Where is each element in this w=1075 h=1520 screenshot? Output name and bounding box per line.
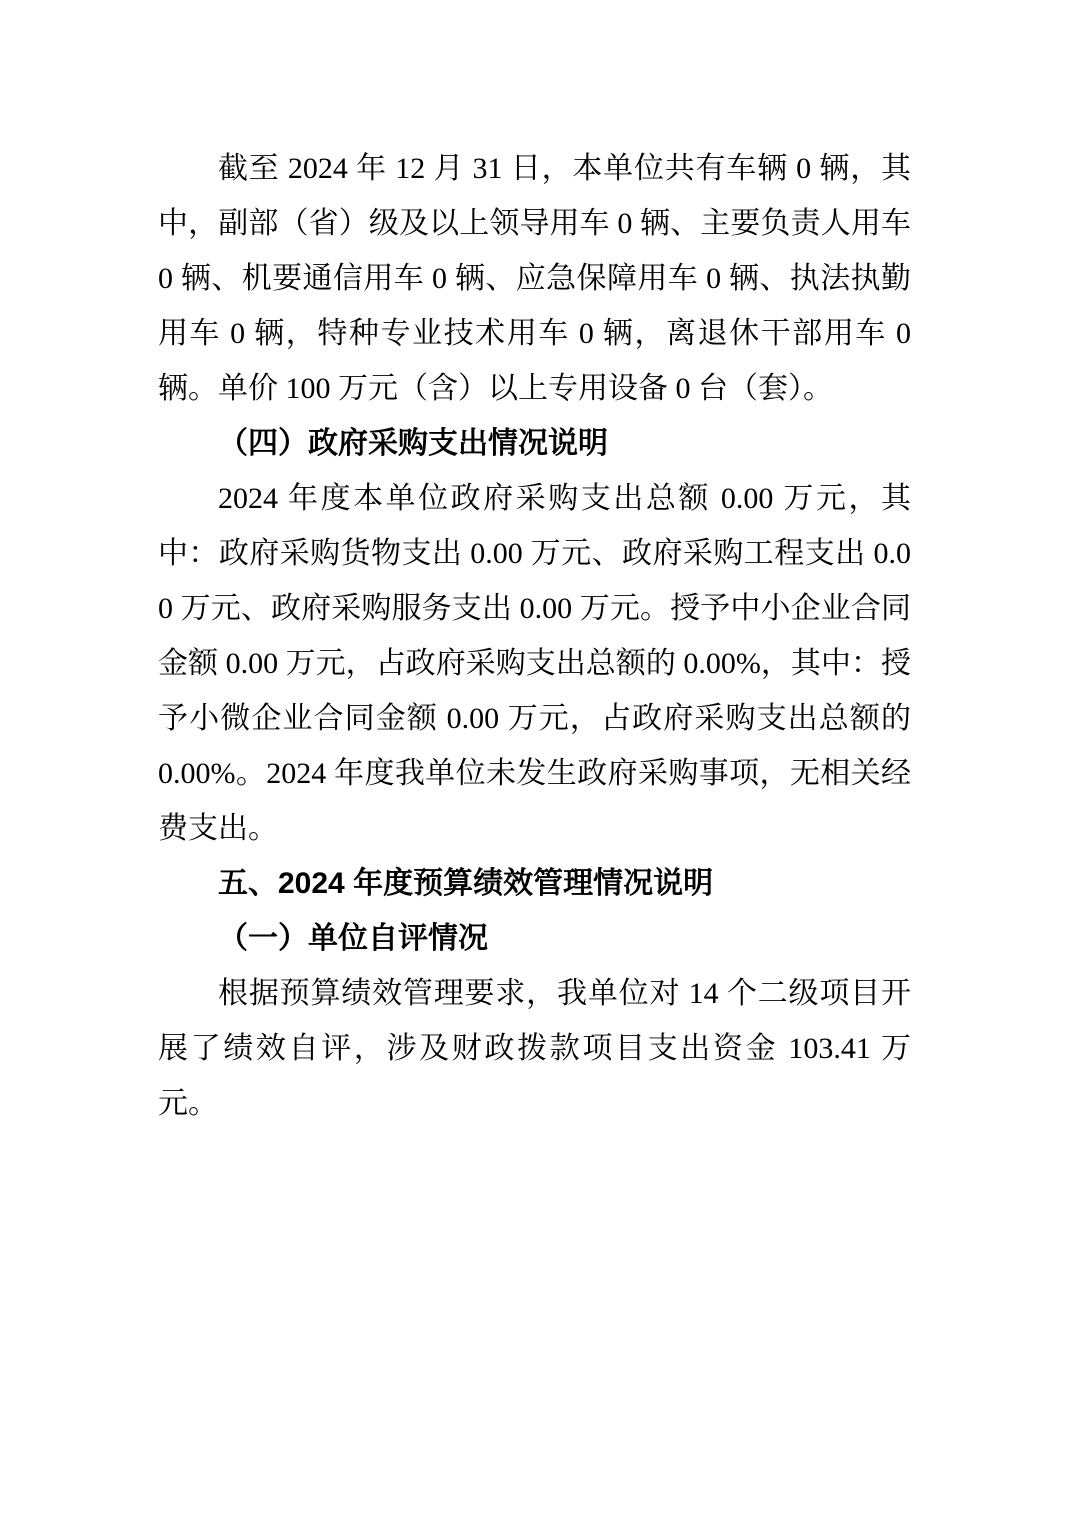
document-content: 截至 2024 年 12 月 31 日，本单位共有车辆 0 辆，其中，副部（省）… bbox=[158, 141, 911, 1131]
paragraph-gov-procurement-details: 2024 年度本单位政府采购支出总额 0.00 万元，其中：政府采购货物支出 0… bbox=[158, 471, 911, 856]
heading-gov-procurement-expenditure: （四）政府采购支出情况说明 bbox=[158, 416, 911, 471]
heading-budget-performance-management: 五、2024 年度预算绩效管理情况说明 bbox=[158, 856, 911, 911]
document-page: 截至 2024 年 12 月 31 日，本单位共有车辆 0 辆，其中，副部（省）… bbox=[0, 0, 1075, 1520]
paragraph-vehicle-assets: 截至 2024 年 12 月 31 日，本单位共有车辆 0 辆，其中，副部（省）… bbox=[158, 141, 911, 416]
heading-unit-self-evaluation: （一）单位自评情况 bbox=[158, 911, 911, 966]
paragraph-self-evaluation-details: 根据预算绩效管理要求，我单位对 14 个二级项目开展了绩效自评，涉及财政拨款项目… bbox=[158, 966, 911, 1131]
